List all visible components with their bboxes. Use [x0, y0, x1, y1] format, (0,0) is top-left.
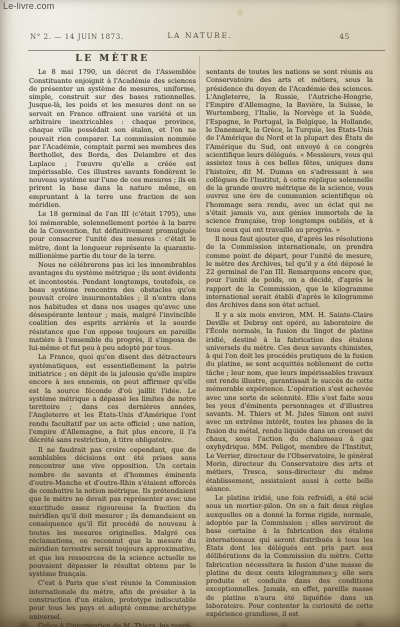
paragraph: Il nous faut ajouter que, d'après les ré…: [206, 235, 373, 310]
paragraph: Il ne faudrait pas croire cependant, que…: [29, 446, 196, 579]
header-rule: [28, 50, 385, 51]
seller-watermark: Le-livre.com: [3, 1, 54, 11]
page-number: 45: [339, 32, 350, 41]
paragraph: Il y a six mois environ, MM. H. Sainte-C…: [206, 311, 373, 494]
paragraph: Le 8 mai 1790, un décret de l'Assemblée …: [29, 68, 196, 209]
paragraph: Le platine iridié, une fois refroidi, a …: [206, 494, 373, 618]
paragraph: Le 18 germinal de l'an III (c'était 1795…: [29, 210, 196, 260]
page-header: N° 2. — 14 JUIN 1873. LA NATURE. 45: [0, 31, 400, 45]
paragraph: Nous ne célébrerons pas ici les innombra…: [29, 261, 196, 352]
left-column: LE MÈTRE Le 8 mai 1790, un décret de l'A…: [29, 55, 196, 627]
right-column: sentants de toutes les nations se sont r…: [206, 68, 373, 620]
article-title: LE MÈTRE: [29, 55, 196, 63]
paragraph: sentants de toutes les nations se sont r…: [206, 68, 373, 234]
paragraph: Grâce à l'intervention de M. Thiers, les…: [29, 622, 196, 627]
scanned-page: Le-livre.com N° 2. — 14 JUIN 1873. LA NA…: [0, 0, 400, 627]
paragraph: C'est à Paris que s'est réunie la Commis…: [29, 579, 196, 620]
column-separator-rule: [199, 56, 200, 575]
printer-signature-mark: 3: [332, 571, 336, 579]
paragraph: La France, quoi qu'en disent des détract…: [29, 353, 196, 444]
